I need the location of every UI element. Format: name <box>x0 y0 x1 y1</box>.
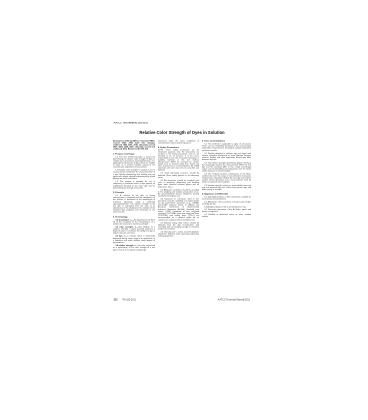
definition-3-4: 3.4 relative strength, n.—the ratio, exp… <box>113 245 155 251</box>
section-heading-2: 2. Principle <box>113 191 155 193</box>
paragraph-1-1: 1.1 This test method provides a means fo… <box>113 156 155 168</box>
paragraph-5-2: 5.2 Results obtained in solution may not… <box>202 153 251 161</box>
page-footer: 322 TM 182-2011 AATCC Technical Manual/2… <box>114 299 250 302</box>
page-header: AATCC Test Method 182-2011 <box>114 122 251 125</box>
section-heading-1: 1. Purpose and Scope <box>113 153 155 155</box>
paragraph-4-3: 4.3 Adequate ventilation should be provi… <box>158 189 199 197</box>
section-heading-3: 3. Terminology <box>113 216 155 218</box>
definition-3-2: 3.2 color strength, n.—that attribute of… <box>113 226 155 234</box>
paragraph-4-5: 4.5 Material safety data sheets should b… <box>158 222 199 230</box>
paragraph-1-3: 1.3 This method is intended for use in c… <box>113 181 155 189</box>
foreword-paragraph: Developed in 1990 by AATCC Committee RA8… <box>113 140 155 150</box>
paragraph-5-4: 5.4 The method assumes conformance to th… <box>202 173 251 183</box>
definition-text: that attribute of a colorant whereby a g… <box>113 226 155 234</box>
column-2: measured under the same conditions of co… <box>158 140 199 252</box>
page-content: AATCC Test Method 182-2011 Relative Colo… <box>113 122 251 306</box>
apparatus-item-6-1: 6.1 Spectrophotometer, or filter colorim… <box>202 196 251 200</box>
footer-manual-ref: AATCC Technical Manual/2012 <box>218 299 250 302</box>
safety-note: NOTE: These safety precautions are for i… <box>158 150 199 172</box>
definition-text: a colorant which is molecularly disperse… <box>113 235 155 243</box>
apparatus-item-6-5: 6.5 Distilled or deionized water, or oth… <box>202 214 251 218</box>
apparatus-item-6-4: 6.4 Volumetric glassware, Class A: flask… <box>202 209 251 213</box>
footer-method-ref: TM 182-2011 <box>122 299 136 302</box>
column-1: Developed in 1990 by AATCC Committee RA8… <box>113 140 155 252</box>
paragraph-5-1: 5.1 This method is applicable to dyes of… <box>202 143 251 151</box>
paragraph-5-3: 5.3 The relative strength determined app… <box>202 162 251 172</box>
paragraph-4-6: 4.6 Manufacturer's safety recommendation… <box>158 231 199 237</box>
paragraph-4-2: 4.2 All chemicals should be handled with… <box>158 180 199 188</box>
paragraph-2-1: 2.1 A solution of the dye of known conce… <box>113 195 155 214</box>
paragraph-5-5: 5.5 Solution strength values are most re… <box>202 185 251 191</box>
paragraph-4-1: 4.1 Good laboratory practices should be … <box>158 172 199 178</box>
document-page: AATCC Test Method 182-2011 Relative Colo… <box>113 118 252 306</box>
column-3: 5. Uses and Limitations 5.1 This method … <box>202 140 251 252</box>
definition-3-3: 3.3 dye, n.—a colorant which is molecula… <box>113 235 155 243</box>
paragraph-1-2: 1.2 Relative color strength in solution … <box>113 169 155 179</box>
definition-3-1: 3.1 absorbance, n.—the logarithm to the … <box>113 219 155 225</box>
section-heading-5: 5. Uses and Limitations <box>202 140 251 142</box>
footer-left: 322 TM 182-2011 <box>114 299 136 302</box>
section-heading-4: 4. Safety Precautions <box>158 146 199 148</box>
section-heading-6: 6. Apparatus and Materials <box>202 193 251 195</box>
paragraph-4-4: 4.4 Exposure to chemicals used in this p… <box>158 198 199 221</box>
page-title: Relative Color Strength of Dyes in Solut… <box>113 130 251 135</box>
footer-page-number: 322 <box>114 299 118 302</box>
apparatus-item-6-2: 6.2 Absorption cells (cuvettes) of known… <box>202 201 251 205</box>
continuation-paragraph: measured under the same conditions of co… <box>158 140 199 144</box>
text-columns: Developed in 1990 by AATCC Committee RA8… <box>113 140 251 252</box>
